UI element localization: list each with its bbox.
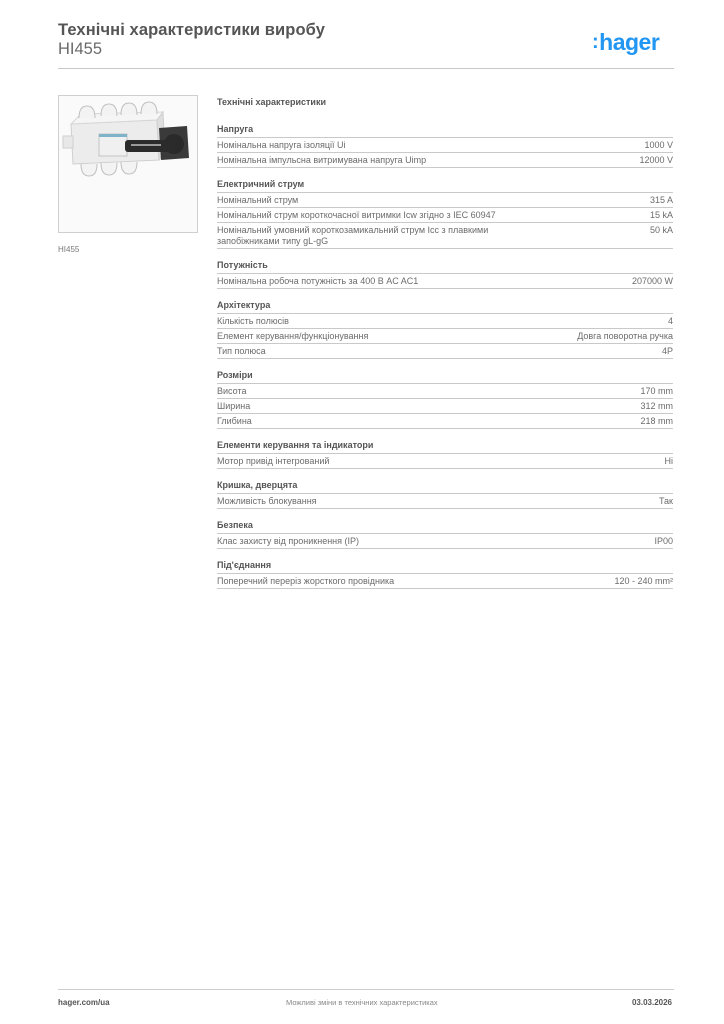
spec-group-title: Архітектура [217,300,673,314]
spec-value: 12000 V [639,155,673,166]
spec-group: БезпекаКлас захисту від проникнення (IP)… [217,520,673,549]
spec-label: Номінальна робоча потужність за 400 В AC… [217,276,418,287]
spec-row: Мотор привід інтегрованийНі [217,454,673,469]
spec-label: Номінальна напруга ізоляції Ui [217,140,346,151]
spec-group-title: Розміри [217,370,673,384]
spec-row: Глибина218 mm [217,414,673,429]
spec-row: Номінальний струм короткочасної витримки… [217,208,673,223]
spec-value: 4 [668,316,673,327]
product-image [58,95,198,233]
spec-value: 120 - 240 mm² [614,576,673,587]
spec-label: Тип полюса [217,346,266,357]
spec-group-title: Напруга [217,124,673,138]
spec-row: Номінальна імпульсна витримувана напруга… [217,153,673,168]
logo-colon-icon: : [592,31,598,53]
spec-value: 170 mm [640,386,673,397]
spec-value: IP00 [654,536,673,547]
spec-group-title: Безпека [217,520,673,534]
spec-value: 218 mm [640,416,673,427]
spec-label: Клас захисту від проникнення (IP) [217,536,359,547]
spec-row: Висота170 mm [217,384,673,399]
logo-text: hager [599,29,659,55]
spec-group: НапругаНомінальна напруга ізоляції Ui100… [217,124,673,168]
spec-label: Глибина [217,416,252,427]
spec-row: Тип полюса4P [217,344,673,359]
spec-label: Номінальна імпульсна витримувана напруга… [217,155,426,166]
spec-row: Номінальна робоча потужність за 400 В AC… [217,274,673,289]
spec-group: РозміриВисота170 mmШирина312 mmГлибина21… [217,370,673,429]
spec-row: Номінальна напруга ізоляції Ui1000 V [217,138,673,153]
spec-row: Ширина312 mm [217,399,673,414]
spec-value: Ні [665,456,674,467]
spec-group-title: Елементи керування та індикатори [217,440,673,454]
spec-label: Поперечний переріз жорсткого провідника [217,576,394,587]
spec-value: 4P [662,346,673,357]
spec-group: ПотужністьНомінальна робоча потужність з… [217,260,673,289]
spec-row: Кількість полюсів4 [217,314,673,329]
spec-label: Можливість блокування [217,496,317,507]
spec-group: Електричний струмНомінальний струм315 AН… [217,179,673,249]
spec-label: Кількість полюсів [217,316,289,327]
footer-divider [58,989,674,990]
spec-label: Мотор привід інтегрований [217,456,329,467]
spec-value: 50 kA [650,225,673,236]
spec-label: Висота [217,386,246,397]
spec-row: Номінальний умовний короткозамикальний с… [217,223,673,249]
spec-value: Довга поворотна ручка [577,331,673,342]
spec-value: Так [659,496,673,507]
spec-group: Елементи керування та індикаториМотор пр… [217,440,673,469]
spec-row: Номінальний струм315 A [217,193,673,208]
spec-label: Номінальний умовний короткозамикальний с… [217,225,537,247]
page-title: Технічні характеристики виробу [58,21,325,40]
technical-specs: Технічні характеристики НапругаНомінальн… [217,95,673,600]
spec-group: Кришка, дверцятаМожливість блокуванняТак [217,480,673,509]
spec-group-title: Потужність [217,260,673,274]
spec-row: Клас захисту від проникнення (IP)IP00 [217,534,673,549]
spec-value: 312 mm [640,401,673,412]
product-code: HI455 [58,40,102,59]
spec-group-title: Кришка, дверцята [217,480,673,494]
product-caption: HI455 [58,245,79,254]
spec-label: Ширина [217,401,250,412]
spec-value: 315 A [650,195,673,206]
spec-groups: НапругаНомінальна напруга ізоляції Ui100… [217,124,673,589]
spec-row: Поперечний переріз жорсткого провідника1… [217,574,673,589]
spec-row: Елемент керування/функціонуванняДовга по… [217,329,673,344]
specs-title: Технічні характеристики [217,97,673,107]
header-divider [58,68,674,69]
spec-value: 207000 W [632,276,673,287]
hager-logo: :hager [592,29,659,56]
spec-group-title: Під'єднання [217,560,673,574]
footer-disclaimer: Можливі зміни в технічних характеристика… [286,998,438,1007]
spec-label: Номінальний струм короткочасної витримки… [217,210,496,221]
spec-row: Можливість блокуванняТак [217,494,673,509]
footer-website-link[interactable]: hager.com/ua [58,998,110,1007]
spec-group: Під'єднанняПоперечний переріз жорсткого … [217,560,673,589]
spec-group-title: Електричний струм [217,179,673,193]
spec-label: Номінальний струм [217,195,298,206]
footer-date: 03.03.2026 [632,998,672,1007]
spec-label: Елемент керування/функціонування [217,331,368,342]
switch-disconnector-illustration [59,96,198,233]
spec-group: АрхітектураКількість полюсів4Елемент кер… [217,300,673,359]
spec-value: 15 kA [650,210,673,221]
spec-value: 1000 V [644,140,673,151]
